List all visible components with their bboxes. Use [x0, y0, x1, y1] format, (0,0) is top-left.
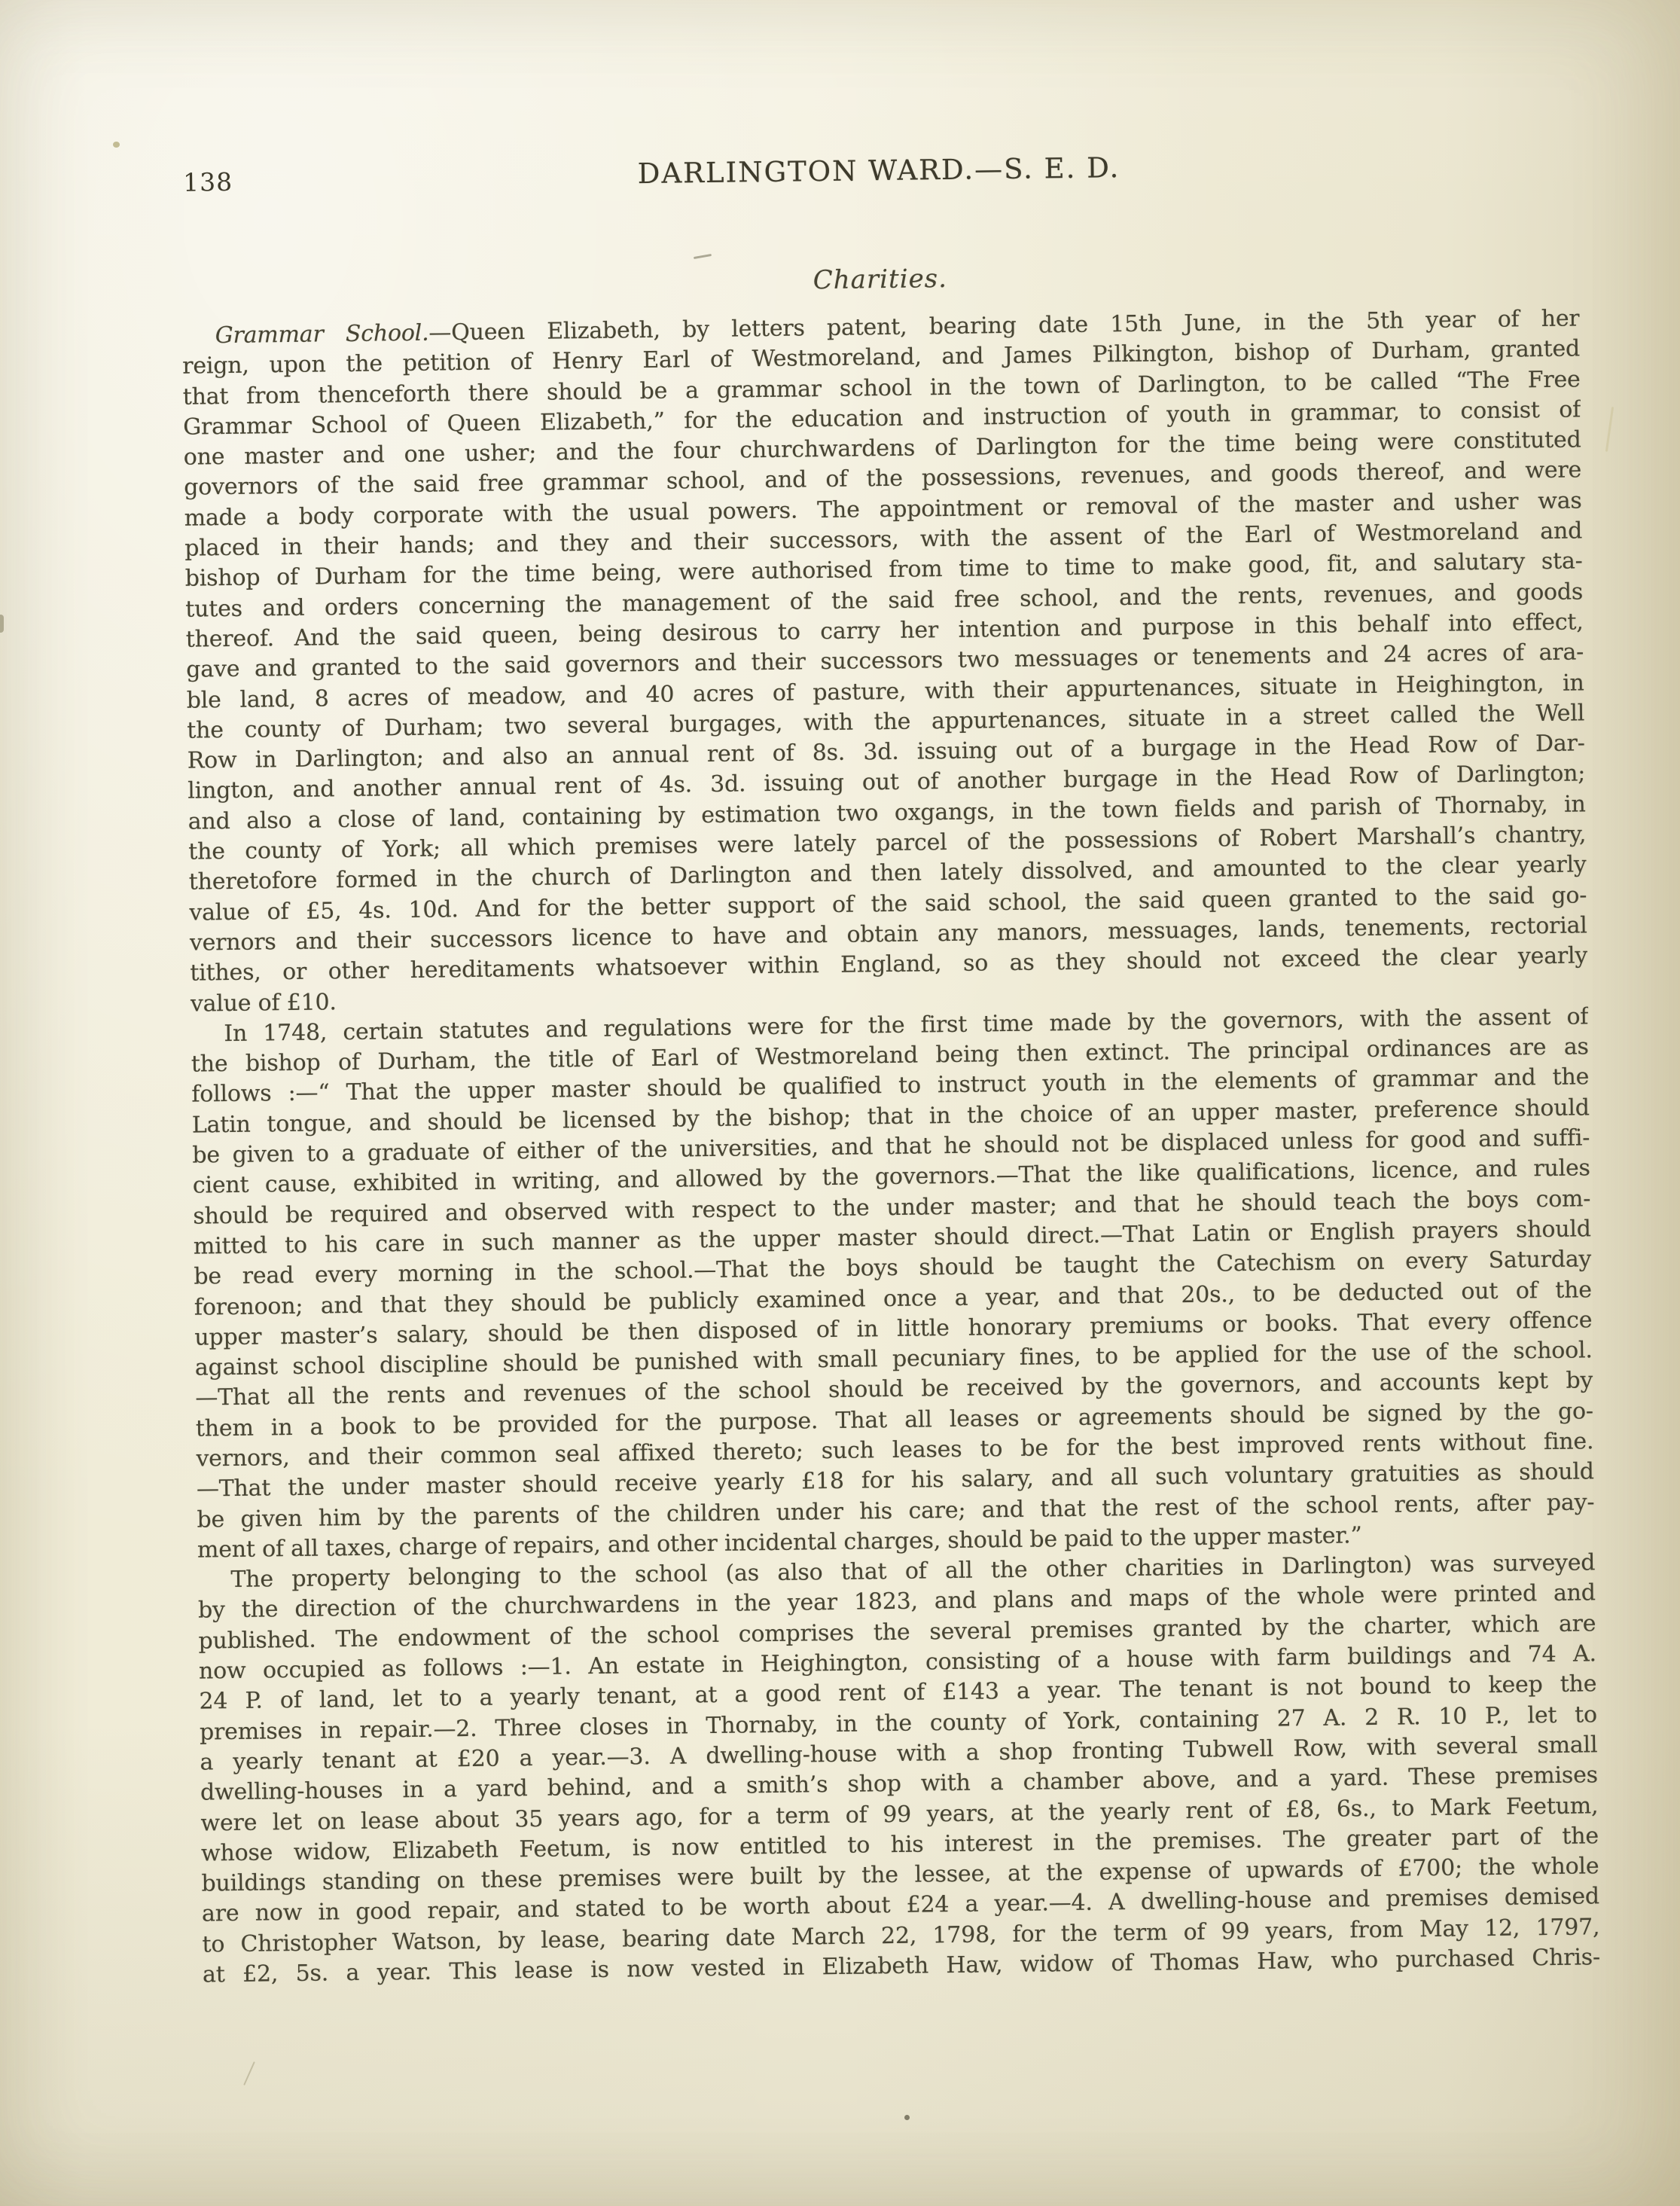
- running-head: DARLINGTON WARD.—S. E. D.: [180, 145, 1578, 195]
- page-content: 138 DARLINGTON WARD.—S. E. D. Charities.…: [180, 145, 1602, 2061]
- section-title: Charities.: [181, 255, 1579, 303]
- paragraph: The property belonging to the school (as…: [197, 1548, 1600, 1990]
- paper-fibre: [243, 2061, 255, 2085]
- paragraph: Grammar School.—Queen Elizabeth, by lett…: [181, 304, 1587, 1019]
- edge-mark: [0, 615, 4, 633]
- paragraph-lead-italic: Grammar School.: [215, 320, 428, 349]
- paragraph: In 1748, certain statutes and regulation…: [191, 1002, 1595, 1566]
- paper-speck: [113, 142, 120, 148]
- body-text: Grammar School.—Queen Elizabeth, by lett…: [181, 304, 1600, 1990]
- paper-fibre: [1605, 407, 1614, 452]
- paper-speck: [904, 2115, 910, 2120]
- scanned-page: 138 DARLINGTON WARD.—S. E. D. Charities.…: [0, 0, 1680, 2206]
